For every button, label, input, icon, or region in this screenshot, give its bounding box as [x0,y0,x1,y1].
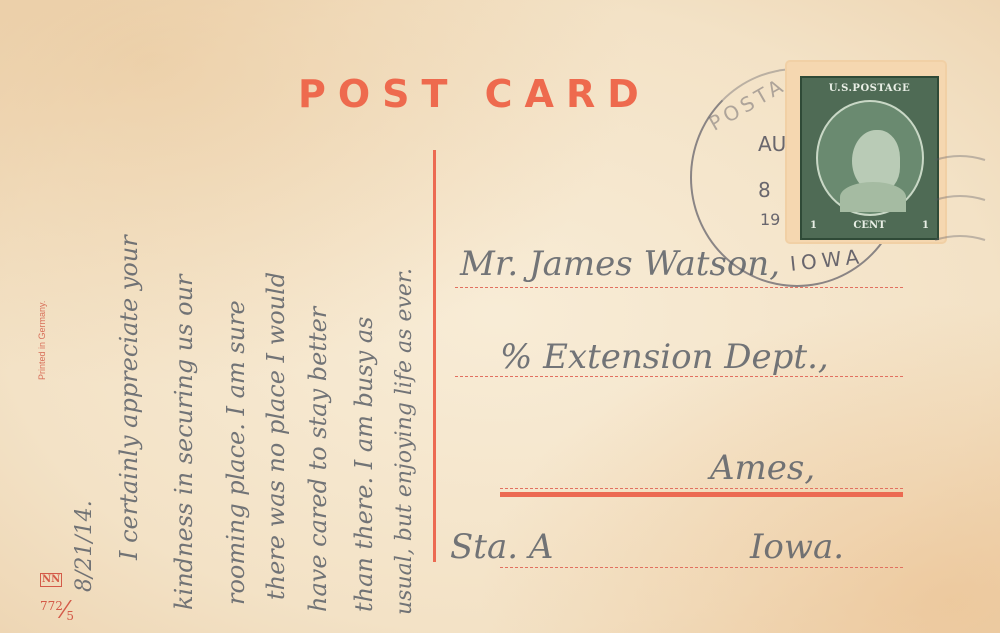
address-city: Ames, [710,448,815,488]
message-line: kindness in securing us our [170,274,198,610]
message-line: usual, but enjoying life as ever. [392,268,417,615]
printed-in-germany-label: Printed in Germany. [37,301,47,380]
postmark-year: 19 [760,210,780,229]
message-line: there was no place I would [262,272,290,600]
center-divider [433,150,436,562]
address-name: Mr. James Watson, [460,244,780,284]
message-date: 8/21/14. [72,500,97,592]
catalog-number: 772/5 [40,597,74,623]
address-department: % Extension Dept., [500,337,829,377]
postmark-day: 8 [758,178,771,202]
publisher-logo-icon: NN [40,573,62,587]
message-line: than there. I am busy as [350,317,378,613]
stamp-value: 1 CENT 1 [806,218,933,234]
address-state: Iowa. [750,527,844,567]
message-line: I certainly appreciate your [115,235,143,560]
stamp-top-text: U.S.POSTAGE [806,82,933,96]
stamp-frame: U.S.POSTAGE 1 CENT 1 [800,76,939,240]
stamp-value-right: 1 [922,218,929,234]
address-rule [500,488,903,489]
address-rule [455,287,903,288]
portrait-bust [840,182,906,212]
stamp-value-text: CENT [853,218,885,234]
stamp-value-left: 1 [810,218,817,234]
message-line: rooming place. I am sure [222,300,250,605]
cancellation-lines-icon [930,150,990,270]
postcard-back: POST CARD Printed in Germany. NN 772/5 8… [0,0,1000,633]
post-card-heading: POST CARD [298,72,651,116]
washington-portrait-icon [816,100,924,216]
postage-stamp: U.S.POSTAGE 1 CENT 1 [787,62,945,242]
address-rule [455,376,903,377]
message-line: have cared to stay better [304,307,332,612]
address-city-underline [500,492,903,497]
address-station: Sta. A [450,527,553,567]
address-rule [500,567,903,568]
